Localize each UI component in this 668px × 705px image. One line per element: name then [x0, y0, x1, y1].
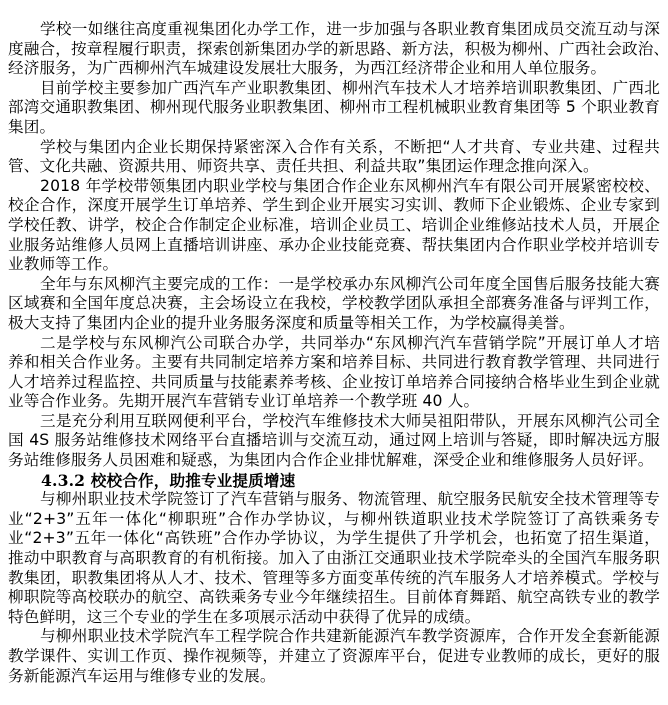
text-line: 与柳州职业技术学院签订了汽车营销与服务、物流管理、航空服务民航安全技术管理等专 [8, 490, 660, 510]
paragraph: 2018 年学校带领集团内职业学校与集团合作企业东风柳州汽车有限公司开展紧密校校… [8, 177, 660, 275]
text-line: 业教师等工作。 [8, 255, 660, 275]
paragraph: 全年与东风柳汽主要完成的工作：一是学校承办东风柳汽公司年度全国售后服务技能大赛 … [8, 275, 660, 334]
text-line: 与柳州职业技术学院汽车工程学院合作共建新能源汽车教学资源库，合作开发全套新能源 [8, 627, 660, 647]
text-line: 区域赛和全国年度总决赛，主会场设立在我校，学校教学团队承担全部赛务准备与评判工作… [8, 294, 660, 314]
paragraph: 学校与集团内企业长期保持紧密深入合作有关系，不断把“人才共育、专业共建、过程共 … [8, 138, 660, 177]
paragraph: 与柳州职业技术学院汽车工程学院合作共建新能源汽车教学资源库，合作开发全套新能源 … [8, 627, 660, 686]
text-line: 业“2+3”五年一体化“高铁班”合作办学协议，为学生提供了升学机会，也拓宽了招生… [8, 529, 660, 549]
text-line: 集团。 [8, 118, 660, 138]
text-line: 业服务站维修人员网上直播培训讲座、承办企业技能竞赛、帮扶集团内合作职业学校并培训… [8, 236, 660, 256]
text-line: 管、文化共融、资源共用、师资共享、责任共担、利益共取”集团运作理念推向深入。 [8, 157, 660, 177]
text-line: 特色鲜明，这三个专业的学生在多项展示活动中获得了优异的成绩。 [8, 608, 660, 628]
text-line: 人才培养过程监控、共同质量与技能素养考核、企业按订单培养合同接纳合格毕业生到企业… [8, 373, 660, 393]
text-line: 2018 年学校带领集团内职业学校与集团合作企业东风柳州汽车有限公司开展紧密校校… [8, 177, 660, 197]
text-line: 国 4S 服务站维修技术网络平台直播培训与交流互动，通过网上培训与答疑，即时解决… [8, 431, 660, 451]
text-line: 全年与东风柳汽主要完成的工作：一是学校承办东风柳汽公司年度全国售后服务技能大赛 [8, 275, 660, 295]
paragraph: 三是充分利用互联网便利平台，学校汽车维修技术大师吴祖阳带队，开展东风柳汽公司全 … [8, 412, 660, 471]
paragraph: 二是学校与东风柳汽公司联合办学，共同举办“东风柳汽汽车营销学院”开展订单人才培 … [8, 334, 660, 412]
text-line: 目前学校主要参加广西汽车产业职教集团、柳州汽车技术人才培养培训职教集团、广西北 [8, 79, 660, 99]
text-line: 教学课件、实训工作页、操作视频等，并建立了资源库平台，促进专业教师的成长，更好的… [8, 647, 660, 667]
text-line: 校企合作，深度开展学生订单培养、学生到企业开展实习实训、教师下企业锻炼、企业专家… [8, 196, 660, 216]
text-line: 柳职院等高校联办的航空、高铁乘务专业今年继续招生。目前体育舞蹈、航空高铁专业的教… [8, 588, 660, 608]
text-line: 度融合，按章程履行职责，探索创新集团办学的新思路、新方法，积极为柳州、广西社会政… [8, 40, 660, 60]
text-line: 学校一如继往高度重视集团化办学工作，进一步加强与各职业教育集团成员交流互动与深 [8, 20, 660, 40]
text-line: 业“2+3”五年一体化“柳职班”合作办学协议，与柳州铁道职业技术学院签订了高铁乘… [8, 510, 660, 530]
text-line: 学校任教、讲学，校企合作制定企业标准，培训企业员工、培训企业维修站技术人员，开展… [8, 216, 660, 236]
text-line: 推动中职教育与高职教育的有机衔接。加入了由浙江交通职业技术学院牵头的全国汽车服务… [8, 549, 660, 569]
text-line: 养和相关合作业务。主要有共同制定培养方案和培养目标、共同进行教育教学管理、共同进… [8, 353, 660, 373]
paragraph: 与柳州职业技术学院签订了汽车营销与服务、物流管理、航空服务民航安全技术管理等专 … [8, 490, 660, 627]
paragraph: 学校一如继往高度重视集团化办学工作，进一步加强与各职业教育集团成员交流互动与深 … [8, 20, 660, 79]
text-line: 务新能源汽车运用与维修专业的发展。 [8, 667, 660, 687]
text-line: 学校与集团内企业长期保持紧密深入合作有关系，不断把“人才共育、专业共建、过程共 [8, 138, 660, 158]
text-line: 教集团，职教集团将从人才、技术、管理等多方面变革传统的汽车服务人才培养模式。学校… [8, 569, 660, 589]
text-line: 二是学校与东风柳汽公司联合办学，共同举办“东风柳汽汽车营销学院”开展订单人才培 [8, 334, 660, 354]
text-line: 极大支持了集团内企业的提升业务服务深度和质量等相关工作，为学校赢得美誉。 [8, 314, 660, 334]
paragraph: 目前学校主要参加广西汽车产业职教集团、柳州汽车技术人才培养培训职教集团、广西北 … [8, 79, 660, 138]
section-heading: 4.3.2 校校合作，助推专业提质增速 [8, 471, 660, 491]
text-line: 经济服务，为广西柳州汽车城建设发展壮大服务，为西江经济带企业和用人单位服务。 [8, 59, 660, 79]
text-line: 务站维修服务人员困难和疑惑，为集团内合作企业排忧解难，深受企业和维修服务人员好评… [8, 451, 660, 471]
text-line: 部湾交通职教集团、柳州现代服务业职教集团、柳州市工程机械职业教育集团等 5 个职… [8, 98, 660, 118]
text-line: 三是充分利用互联网便利平台，学校汽车维修技术大师吴祖阳带队，开展东风柳汽公司全 [8, 412, 660, 432]
text-line: 业等合作业务。先期开展汽车营销专业订单培养一个教学班 40 人。 [8, 392, 660, 412]
document-page: 学校一如继往高度重视集团化办学工作，进一步加强与各职业教育集团成员交流互动与深 … [8, 20, 660, 686]
